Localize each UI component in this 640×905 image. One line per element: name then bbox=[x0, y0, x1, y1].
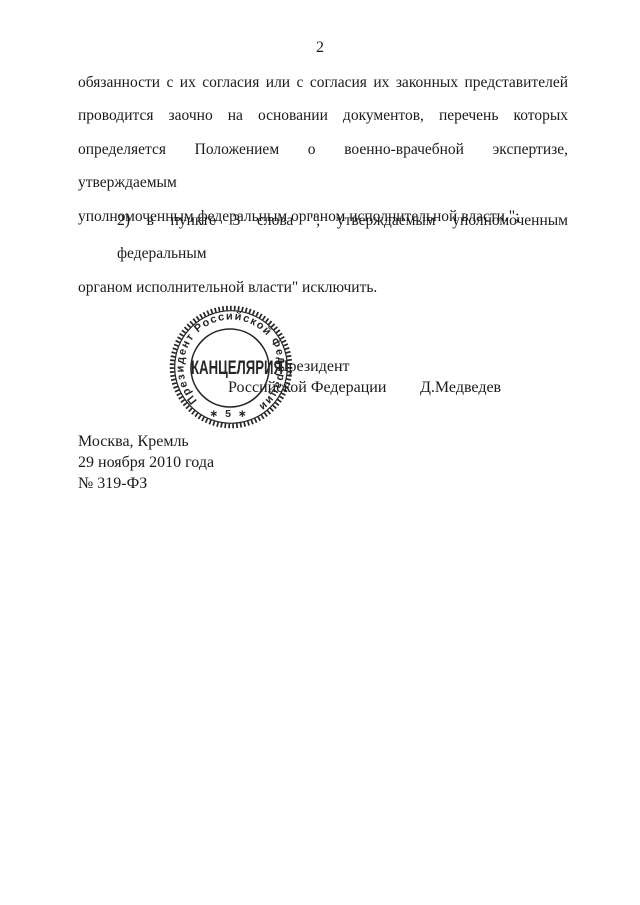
stamp-bottom-number: ∗ 5 ∗ bbox=[209, 408, 248, 420]
document-page: 2 обязанности с их согласия или с соглас… bbox=[0, 0, 640, 905]
text-line: проводится заочно на основании документо… bbox=[78, 99, 568, 132]
footer-number: № 319-ФЗ bbox=[78, 474, 214, 495]
text-line: органом исполнительной власти" исключить… bbox=[78, 271, 568, 304]
text-line: определяется Положением о военно-врачебн… bbox=[78, 133, 568, 200]
body-paragraph-2: 2) в пункте 3 слова ", утверждаемым упол… bbox=[78, 204, 568, 304]
text-line: обязанности с их согласия или с согласия… bbox=[78, 66, 568, 99]
signature-title-line1: Президент bbox=[277, 356, 350, 377]
footer-block: Москва, Кремль 29 ноября 2010 года № 319… bbox=[78, 432, 214, 494]
signature-title-line2: Российской Федерации bbox=[228, 377, 386, 398]
footer-place: Москва, Кремль bbox=[78, 432, 214, 453]
page-number: 2 bbox=[0, 38, 640, 58]
stamp-center-text: КАНЦЕЛЯРИЯ bbox=[191, 358, 283, 379]
text-line: 2) в пункте 3 слова ", утверждаемым упол… bbox=[78, 204, 568, 271]
footer-date: 29 ноября 2010 года bbox=[78, 453, 214, 474]
chancellery-round-stamp: Президент Российской Федерации КАНЦЕЛЯРИ… bbox=[167, 303, 295, 431]
signature-name: Д.Медведев bbox=[420, 377, 501, 398]
